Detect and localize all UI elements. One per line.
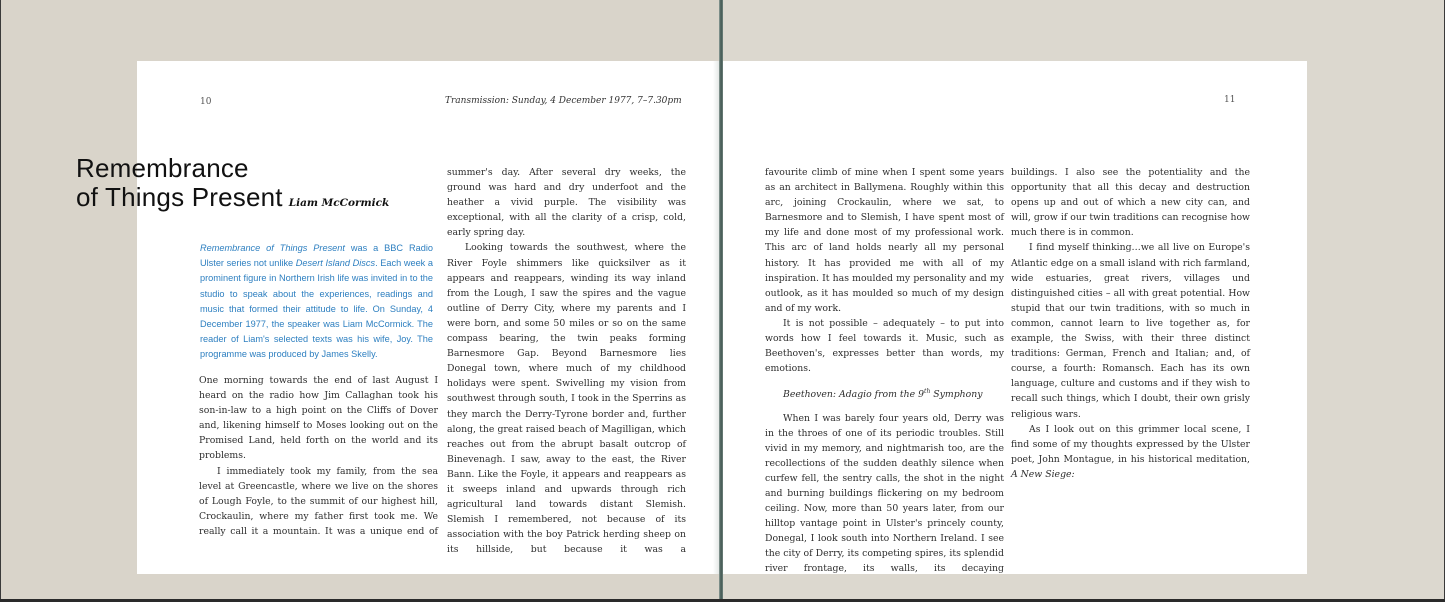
- body-paragraph: I immediately took my family, from the s…: [199, 464, 438, 539]
- body-paragraph: When I was barely four years old, Derry …: [765, 411, 1004, 577]
- body-paragraph: buildings. I also see the potentiality a…: [1011, 165, 1250, 240]
- body-column-2: summer's day. After several dry weeks, t…: [447, 165, 686, 557]
- body-paragraph: I find myself thinking…we all live on Eu…: [1011, 240, 1250, 421]
- body-paragraph: One morning towards the end of last Augu…: [199, 373, 438, 464]
- body-paragraph: It is not possible – adequately – to put…: [765, 316, 1004, 376]
- intro-text-2: . Each week a prominent figure in Northe…: [200, 258, 433, 359]
- page-number-left: 10: [200, 97, 211, 107]
- body-paragraph: Looking towards the southwest, where the…: [447, 240, 686, 557]
- music-cue-prefix: Beethoven: Adagio from the 9: [783, 389, 924, 400]
- body-paragraph: favourite climb of mine when I spent som…: [765, 165, 1004, 316]
- page-number-right: 11: [1224, 95, 1235, 105]
- intro-paragraph: Remembrance of Things Present was a BBC …: [200, 241, 433, 363]
- poem-title: A New Siege:: [1011, 469, 1075, 480]
- title-line-1: Remembrance: [76, 154, 389, 183]
- body-paragraph: summer's day. After several dry weeks, t…: [447, 165, 686, 240]
- right-page: 11 favourite climb of mine when I spent …: [723, 61, 1307, 574]
- frame-border-left: [0, 0, 1, 602]
- running-head: Transmission: Sunday, 4 December 1977, 7…: [445, 96, 682, 106]
- book-spine: [719, 0, 723, 599]
- music-cue-suffix: Symphony: [930, 389, 982, 400]
- body-paragraph: As I look out on this grimmer local scen…: [1011, 422, 1250, 482]
- article-title: Remembrance of Things PresentLiam McCorm…: [76, 154, 389, 218]
- intro-reference-title: Desert Island Discs: [296, 258, 375, 268]
- body-column-4: buildings. I also see the potentiality a…: [1011, 165, 1250, 482]
- left-page: 10 Transmission: Sunday, 4 December 1977…: [137, 61, 721, 574]
- title-line-2-text: of Things Present: [76, 182, 283, 212]
- intro-series-title: Remembrance of Things Present: [200, 243, 345, 253]
- body-column-3: favourite climb of mine when I spent som…: [765, 165, 1004, 577]
- body-column-1: One morning towards the end of last Augu…: [199, 373, 438, 539]
- music-cue: Beethoven: Adagio from the 9th Symphony: [783, 384, 1004, 402]
- title-line-2: of Things PresentLiam McCormick: [76, 183, 389, 218]
- byline: Liam McCormick: [289, 197, 390, 209]
- body-paragraph-text: As I look out on this grimmer local scen…: [1011, 424, 1250, 465]
